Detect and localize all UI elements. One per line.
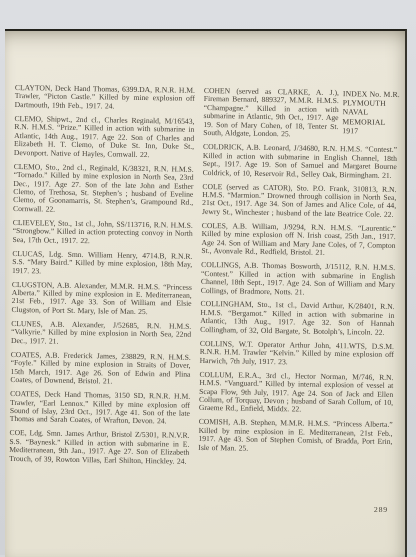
right-column: INDEX No. M.R. PLYMOUTH NAVAL MEMORIAL 1… — [198, 87, 398, 469]
register-entry: COATES, Deck Hand Thomas, 3150 SD, R.N.R… — [10, 390, 191, 427]
register-entry: COMISH, A.B. Stephen, M.M.R. H.M.S. “Pri… — [198, 418, 393, 455]
register-entry: COLLINS, W.T. Operator Arthur John, 411.… — [200, 340, 394, 368]
register-entry: COLLUM, E.R.A., 3rd cl., Hector Norman, … — [199, 371, 394, 416]
register-entry: CLEMO, Shipwt., 2nd cl., Charles Reginal… — [14, 115, 195, 160]
register-entry: CLEMO, Sto., 2nd cl., Reginald, K/38321,… — [13, 163, 194, 217]
page-number: 289 — [374, 505, 388, 514]
book-page: CLAYTON, Deck Hand Thomas, 6399.DA, R.N.… — [5, 29, 407, 555]
two-column-layout: CLAYTON, Deck Hand Thomas, 6399.DA, R.N.… — [9, 84, 398, 469]
left-column: CLAYTON, Deck Hand Thomas, 6399.DA, R.N.… — [9, 84, 195, 466]
register-entry: COE, Ldg. Smn. James Arthur, Bristol Z/5… — [9, 429, 190, 466]
register-entry: COLE (served as CATOR), Sto. P.O. Frank,… — [202, 182, 397, 219]
margin-index-note: INDEX No. M.R. PLYMOUTH NAVAL MEMORIAL 1… — [342, 89, 398, 136]
register-entry: COLLINGHAM, Sto., 1st cl., David Arthur,… — [200, 300, 395, 337]
register-entry: CLUCAS, Ldg. Smn. William Henry, 4714.B,… — [12, 250, 192, 278]
register-entry: COLES, A.B. William, J/9294, R.N. H.M.S.… — [201, 222, 396, 259]
register-entry: COLDRICK, A.B. Leonard, J/34680, R.N. H.… — [203, 143, 398, 180]
register-entry: CLAYTON, Deck Hand Thomas, 6399.DA, R.N.… — [15, 84, 195, 112]
page-content: CLAYTON, Deck Hand Thomas, 6399.DA, R.N.… — [9, 84, 398, 469]
register-entry: COATES, A.B. Frederick James, 238829, R.… — [10, 351, 191, 388]
index-note-line: 1917 — [342, 126, 397, 136]
register-entry: CLIEVELEY, Sto., 1st cl., John, SS/11371… — [13, 219, 193, 247]
register-entry: CLUNES, A.B. Alexander, J/52685, R.N. H.… — [11, 320, 191, 348]
register-entry: COLLINGS, A.B. Thomas Bosworth, J/15112,… — [201, 261, 396, 298]
index-note-line: NAVAL — [343, 108, 398, 118]
register-entry: CLUGSTON, A.B. Alexander, M.M.R. H.M.S. … — [11, 281, 192, 318]
